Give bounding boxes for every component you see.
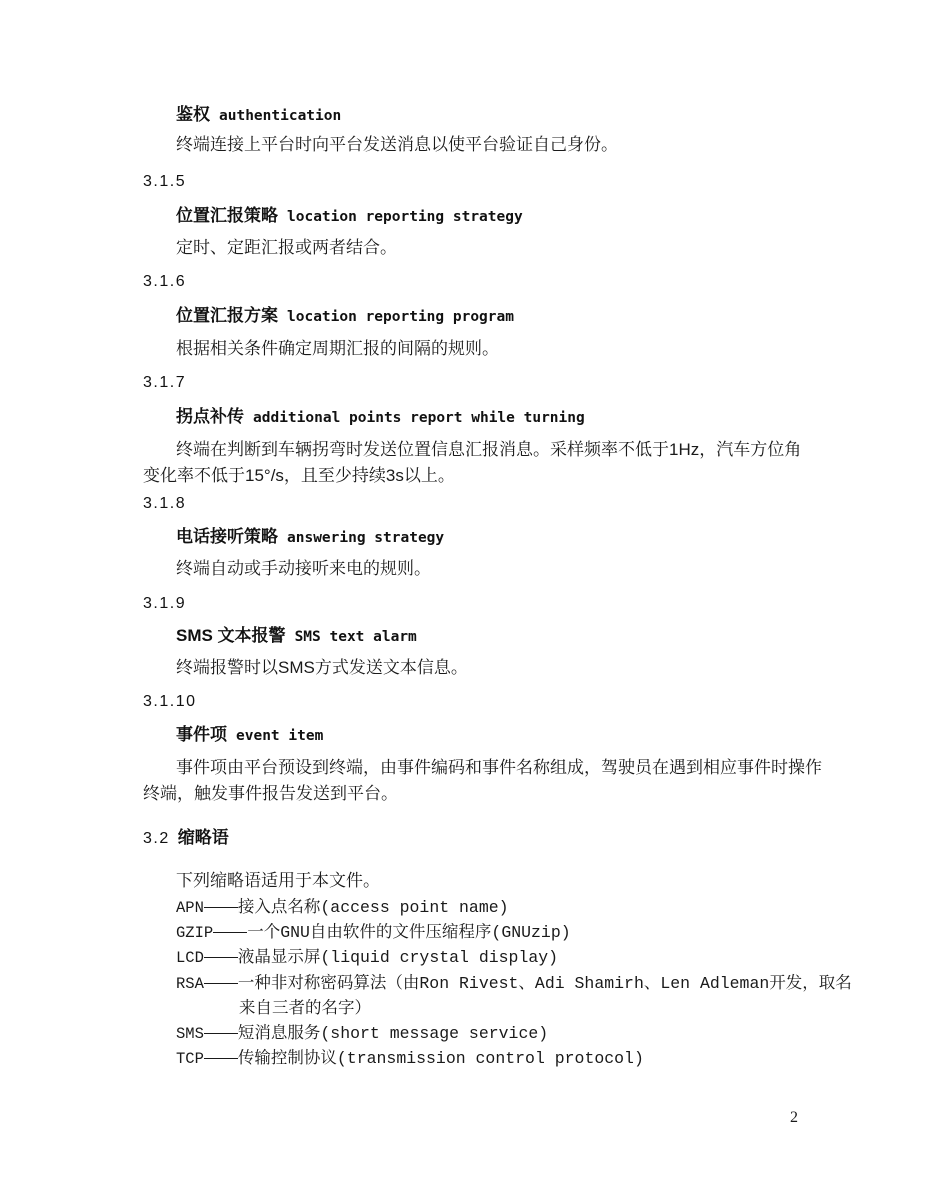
term-zh: SMS 文本报警 [176, 626, 286, 645]
term-heading: SMS 文本报警SMS text alarm [176, 625, 417, 647]
term-zh: 拐点补传 [176, 407, 244, 426]
term-zh: 鉴权 [176, 105, 210, 124]
term-definition: 终端报警时以SMS方式发送文本信息。 [176, 657, 468, 678]
abbreviation-text: 一种非对称密码算法（由Ron Rivest、Adi Shamirh、Len Ad… [238, 974, 852, 993]
abbreviation-item: APN接入点名称(access point name) [176, 898, 509, 919]
term-number: 3.1.7 [143, 373, 186, 393]
term-definition-continued: 变化率不低于15°/s，且至少持续3s以上。 [143, 465, 455, 486]
section-number: 3.2 [143, 830, 170, 847]
abbreviation-code: TCP [176, 1050, 204, 1068]
term-heading: 电话接听策略answering strategy [176, 526, 444, 548]
abbreviation-item: GZIP一个GNU自由软件的文件压缩程序(GNUzip) [176, 923, 571, 944]
abbreviation-code: APN [176, 899, 204, 917]
abbreviation-code: RSA [176, 975, 204, 993]
term-en: event item [236, 728, 323, 744]
term-number: 3.1.6 [143, 272, 186, 292]
term-definition: 根据相关条件确定周期汇报的间隔的规则。 [176, 338, 499, 359]
term-zh: 位置汇报策略 [176, 206, 278, 225]
section-intro: 下列缩略语适用于本文件。 [176, 870, 380, 891]
abbreviation-text: 传输控制协议(transmission control protocol) [238, 1049, 644, 1068]
term-definition-continued: 终端，触发事件报告发送到平台。 [143, 783, 398, 804]
em-dash [204, 1033, 238, 1034]
abbreviation-text-continued: 来自三者的名字） [239, 999, 371, 1020]
document-page: 鉴权authentication 终端连接上平台时向平台发送消息以使平台验证自己… [0, 0, 940, 1200]
term-heading: 拐点补传additional points report while turni… [176, 406, 585, 428]
term-en: additional points report while turning [253, 410, 585, 426]
abbreviation-item: RSA一种非对称密码算法（由Ron Rivest、Adi Shamirh、Len… [176, 974, 852, 995]
term-en: location reporting strategy [287, 209, 523, 225]
em-dash [204, 907, 238, 908]
page-number: 2 [790, 1108, 798, 1128]
term-en: authentication [219, 108, 341, 124]
abbreviation-code: LCD [176, 949, 204, 967]
term-heading: 事件项event item [176, 724, 323, 746]
em-dash [204, 957, 238, 958]
abbreviation-text: 一个GNU自由软件的文件压缩程序(GNUzip) [247, 923, 570, 942]
term-heading: 位置汇报方案location reporting program [176, 305, 514, 327]
term-number: 3.1.8 [143, 494, 186, 514]
term-en: location reporting program [287, 309, 514, 325]
section-title: 缩略语 [178, 828, 229, 847]
em-dash [204, 983, 238, 984]
abbreviation-item: SMS短消息服务(short message service) [176, 1024, 548, 1045]
term-definition: 终端自动或手动接听来电的规则。 [176, 558, 431, 579]
term-zh: 电话接听策略 [176, 527, 278, 546]
abbreviation-text: 液晶显示屏(liquid crystal display) [238, 948, 558, 967]
term-definition: 事件项由平台预设到终端，由事件编码和事件名称组成，驾驶员在遇到相应事件时操作 [176, 757, 822, 778]
term-number: 3.1.5 [143, 172, 186, 192]
abbreviation-text: 短消息服务(short message service) [238, 1024, 548, 1043]
abbreviation-code: SMS [176, 1025, 204, 1043]
abbreviation-code: GZIP [176, 924, 213, 942]
term-en: SMS text alarm [295, 629, 417, 645]
term-en: answering strategy [287, 530, 444, 546]
em-dash [204, 1058, 238, 1059]
em-dash [213, 932, 247, 933]
abbreviation-item: TCP传输控制协议(transmission control protocol) [176, 1049, 644, 1070]
term-definition: 终端在判断到车辆拐弯时发送位置信息汇报消息。采样频率不低于1Hz，汽车方位角 [176, 439, 801, 460]
term-number: 3.1.9 [143, 594, 186, 614]
term-definition: 终端连接上平台时向平台发送消息以使平台验证自己身份。 [176, 134, 618, 155]
abbreviation-item: LCD液晶显示屏(liquid crystal display) [176, 948, 558, 969]
term-definition: 定时、定距汇报或两者结合。 [176, 237, 397, 258]
term-zh: 事件项 [176, 725, 227, 744]
term-heading: 鉴权authentication [176, 104, 341, 126]
section-heading: 3.2缩略语 [143, 827, 229, 849]
term-heading: 位置汇报策略location reporting strategy [176, 205, 523, 227]
term-zh: 位置汇报方案 [176, 306, 278, 325]
term-number: 3.1.10 [143, 692, 196, 712]
abbreviation-text: 接入点名称(access point name) [238, 898, 509, 917]
